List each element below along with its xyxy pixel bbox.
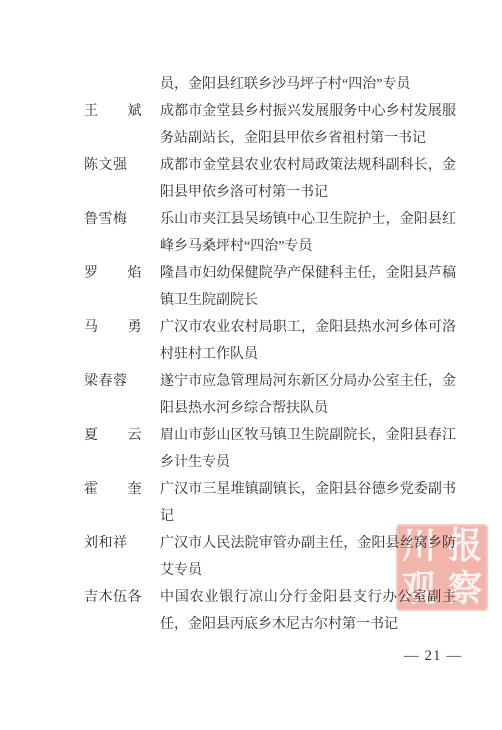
person-name: 霍 奎 [84,476,160,503]
person-description: 隆昌市妇幼保健院孕产保健科主任，金阳县芦稿镇卫生院副院长 [160,260,456,314]
roster-entry: 夏 云 眉山市彭山区牧马镇卫生院副院长，金阳县春江乡计生专员 [84,422,458,476]
person-description: 遂宁市应急管理局河东新区分局办公室主任，金阳县热水河乡综合帮扶队员 [160,368,456,422]
person-name: 罗 焰 [84,260,160,287]
person-name: 吉木伍各 [84,584,160,611]
person-description: 中国农业银行凉山分行金阳县支行办公室副主任，金阳县丙底乡木尼古尔村第一书记 [160,584,456,638]
page-number: — 21 — [394,646,472,666]
document-page: 川 报 观 察 员，金阳县红联乡沙马坪子村“四治”专员 王 斌 成都市金堂县乡村… [0,0,502,730]
person-name: 马 勇 [84,314,160,341]
roster-entry: 刘和祥 广汉市人民法院审管办副主任，金阳县丝窝乡防艾专员 [84,530,458,584]
person-name: 王 斌 [84,98,160,125]
continuation-text: 员，金阳县红联乡沙马坪子村“四治”专员 [160,71,456,98]
person-description: 广汉市人民法院审管办副主任，金阳县丝窝乡防艾专员 [160,530,456,584]
person-description: 乐山市夹江县吴场镇中心卫生院护士，金阳县红峰乡马桑坪村“四治”专员 [160,206,456,260]
roster-entry: 梁春蓉 遂宁市应急管理局河东新区分局办公室主任，金阳县热水河乡综合帮扶队员 [84,368,458,422]
person-name: 梁春蓉 [84,368,160,395]
person-name: 刘和祥 [84,530,160,557]
person-name: 陈文强 [84,152,160,179]
roster-entry-continuation: 员，金阳县红联乡沙马坪子村“四治”专员 [84,71,458,98]
roster-entry: 吉木伍各 中国农业银行凉山分行金阳县支行办公室副主任，金阳县丙底乡木尼古尔村第一… [84,584,458,638]
roster-entry: 马 勇 广汉市农业农村局职工，金阳县热水河乡体可洛村驻村工作队员 [84,314,458,368]
person-description: 广汉市农业农村局职工，金阳县热水河乡体可洛村驻村工作队员 [160,314,456,368]
person-description: 成都市金堂县农业农村局政策法规科副科长，金阳县甲依乡洛可村第一书记 [160,152,456,206]
person-name: 夏 云 [84,422,160,449]
roster-entry: 霍 奎 广汉市三星堆镇副镇长，金阳县谷德乡党委副书记 [84,476,458,530]
roster-list: 员，金阳县红联乡沙马坪子村“四治”专员 王 斌 成都市金堂县乡村振兴发展服务中心… [84,71,458,638]
roster-entry: 王 斌 成都市金堂县乡村振兴发展服务中心乡村发展服务站副站长，金阳县甲依乡省祖村… [84,98,458,152]
person-name: 鲁雪梅 [84,206,160,233]
person-description: 成都市金堂县乡村振兴发展服务中心乡村发展服务站副站长，金阳县甲依乡省祖村第一书记 [160,98,456,152]
roster-entry: 罗 焰 隆昌市妇幼保健院孕产保健科主任，金阳县芦稿镇卫生院副院长 [84,260,458,314]
person-description: 广汉市三星堆镇副镇长，金阳县谷德乡党委副书记 [160,476,456,530]
person-description: 眉山市彭山区牧马镇卫生院副院长，金阳县春江乡计生专员 [160,422,456,476]
roster-entries: 王 斌 成都市金堂县乡村振兴发展服务中心乡村发展服务站副站长，金阳县甲依乡省祖村… [84,98,458,638]
roster-entry: 陈文强 成都市金堂县农业农村局政策法规科副科长，金阳县甲依乡洛可村第一书记 [84,152,458,206]
roster-entry: 鲁雪梅 乐山市夹江县吴场镇中心卫生院护士，金阳县红峰乡马桑坪村“四治”专员 [84,206,458,260]
